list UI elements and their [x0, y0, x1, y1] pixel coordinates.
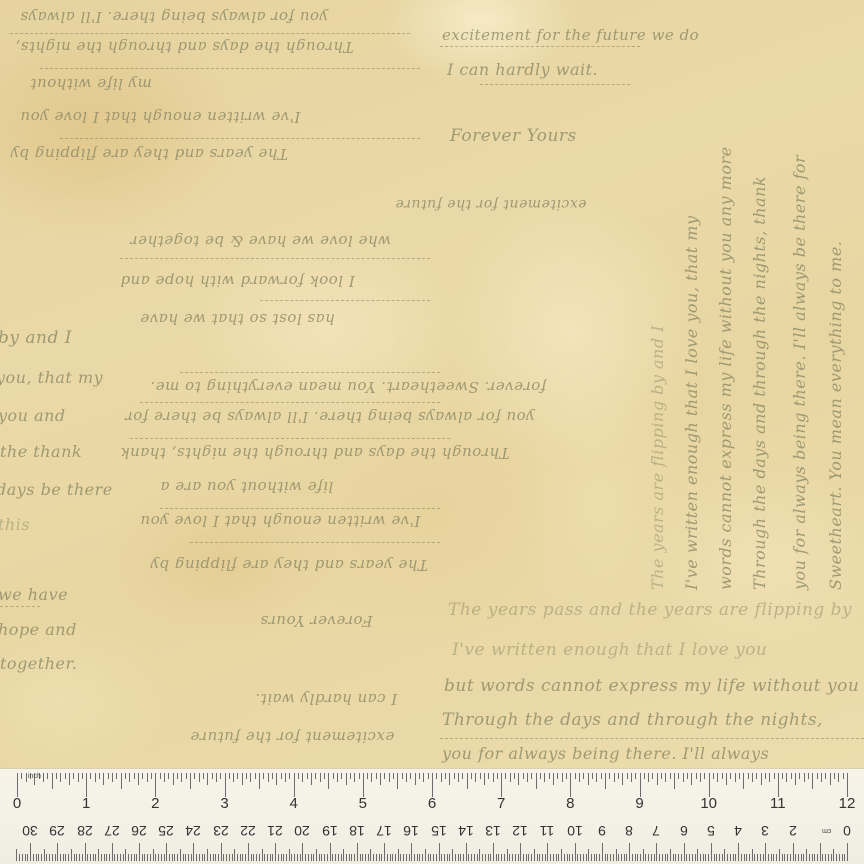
inch-number: 11	[770, 795, 786, 812]
cm-tick	[417, 854, 418, 861]
inch-tick	[743, 773, 744, 789]
cm-tick	[232, 854, 233, 861]
cm-tick	[798, 854, 799, 861]
cm-tick	[218, 854, 219, 861]
inch-tick	[843, 773, 844, 779]
cm-tick	[842, 854, 843, 861]
cm-tick	[547, 843, 548, 861]
cm-tick	[812, 854, 813, 861]
cm-tick	[210, 854, 211, 861]
cm-tick	[744, 854, 745, 861]
cm-tick	[765, 843, 766, 861]
inch-tick	[436, 773, 437, 779]
inch-tick	[220, 773, 221, 779]
cm-tick	[101, 854, 102, 861]
cm-number: 25	[158, 823, 174, 839]
cm-number: 13	[485, 823, 501, 839]
inch-tick	[726, 773, 727, 785]
cm-tick	[400, 854, 401, 861]
cm-tick	[447, 854, 448, 861]
cm-tick	[820, 843, 821, 861]
inch-tick	[229, 773, 230, 779]
inch-tick	[302, 773, 303, 782]
cm-tick	[305, 854, 306, 861]
script-line: life without you are a	[160, 478, 333, 496]
cm-tick	[302, 843, 303, 861]
rule-line	[160, 508, 440, 509]
inch-tick	[713, 773, 714, 779]
cm-tick	[259, 854, 260, 861]
cm-tick	[242, 854, 243, 861]
cm-tick	[518, 854, 519, 861]
cm-tick	[436, 854, 437, 861]
inch-tick	[774, 773, 775, 779]
script-line: Sweetheart. You mean everything to me.	[826, 241, 845, 590]
cm-tick	[594, 854, 595, 861]
cm-tick	[814, 854, 815, 861]
inch-tick	[320, 773, 321, 782]
inch-tick	[116, 773, 117, 779]
inch-tick	[155, 773, 156, 797]
cm-tick	[564, 854, 565, 861]
cm-tick	[515, 854, 516, 861]
inch-tick	[834, 773, 835, 779]
cm-tick	[479, 849, 480, 861]
cm-tick	[444, 854, 445, 861]
cm-tick	[365, 854, 366, 861]
cm-tick	[207, 849, 208, 861]
cm-tick	[114, 854, 115, 861]
cm-tick	[790, 854, 791, 861]
cm-tick	[793, 843, 794, 861]
inch-tick	[190, 773, 191, 789]
cm-tick	[662, 854, 663, 861]
cm-tick	[561, 849, 562, 861]
cm-tick	[847, 843, 848, 861]
inch-tick	[186, 773, 187, 779]
fabric-print: you for always being there. I'll always …	[0, 0, 864, 768]
cm-tick	[613, 854, 614, 861]
cm-tick	[204, 854, 205, 861]
inch-tick	[549, 773, 550, 779]
inch-tick	[523, 773, 524, 779]
cm-number: 12	[512, 823, 528, 839]
cm-tick	[689, 854, 690, 861]
script-line: you for always being there. I'll always …	[790, 155, 809, 590]
cm-tick	[678, 854, 679, 861]
cm-tick	[779, 849, 780, 861]
inch-tick	[518, 773, 519, 785]
cm-tick	[123, 854, 124, 861]
inch-tick	[674, 773, 675, 789]
inch-tick	[562, 773, 563, 782]
inch-tick	[255, 773, 256, 779]
cm-tick	[708, 854, 709, 861]
inch-tick	[678, 773, 679, 779]
cm-tick	[428, 854, 429, 861]
cm-tick	[144, 854, 145, 861]
inch-tick	[60, 773, 61, 782]
cm-tick	[174, 854, 175, 861]
inch-tick	[168, 773, 169, 779]
inch-tick	[341, 773, 342, 779]
cm-number: 7	[652, 823, 660, 839]
inch-tick	[553, 773, 554, 785]
cm-number: 8	[625, 823, 633, 839]
inch-tick	[380, 773, 381, 785]
cm-tick	[618, 854, 619, 861]
cm-tick	[539, 854, 540, 861]
cm-tick	[556, 854, 557, 861]
cm-tick	[787, 854, 788, 861]
cm-tick	[477, 854, 478, 861]
cm-tick	[82, 854, 83, 861]
cm-tick	[398, 849, 399, 861]
rule-line	[40, 68, 420, 69]
cm-tick	[158, 854, 159, 861]
inch-number: 0	[13, 795, 21, 812]
cm-number: 11	[540, 823, 555, 839]
inch-tick	[847, 773, 848, 797]
cm-tick	[771, 854, 772, 861]
cm-tick	[275, 843, 276, 861]
cm-tick	[463, 854, 464, 861]
inch-number: 7	[497, 795, 505, 812]
cm-tick	[493, 843, 494, 861]
rule-line	[440, 46, 640, 47]
inch-tick	[471, 773, 472, 779]
cm-tick	[733, 854, 734, 861]
cm-tick	[580, 854, 581, 861]
cm-tick	[757, 854, 758, 861]
cm-tick	[526, 854, 527, 861]
cm-tick	[645, 854, 646, 861]
cm-tick	[41, 854, 42, 861]
inch-tick	[242, 773, 243, 785]
inch-unit-label: inch	[28, 773, 41, 780]
cm-tick	[681, 854, 682, 861]
inch-tick	[389, 773, 390, 782]
cm-tick	[308, 854, 309, 861]
inch-tick	[467, 773, 468, 789]
cm-tick	[763, 854, 764, 861]
inch-tick	[458, 773, 459, 782]
script-line: words cannot express my life without you…	[716, 146, 735, 590]
cm-tick	[291, 854, 292, 861]
cm-tick	[749, 854, 750, 861]
inch-tick	[324, 773, 325, 779]
cm-tick	[684, 843, 685, 861]
inch-tick	[354, 773, 355, 782]
inch-tick	[90, 773, 91, 779]
cm-tick	[180, 849, 181, 861]
cm-tick	[466, 843, 467, 861]
inch-tick	[735, 773, 736, 782]
cm-number: 2	[789, 823, 797, 839]
inch-tick	[415, 773, 416, 785]
inch-tick	[194, 773, 195, 779]
cm-tick	[202, 854, 203, 861]
inch-tick	[285, 773, 286, 782]
inch-tick	[484, 773, 485, 785]
inch-tick	[333, 773, 334, 779]
cm-tick	[270, 854, 271, 861]
cm-tick	[221, 843, 222, 861]
cm-tick	[68, 854, 69, 861]
cm-tick	[278, 854, 279, 861]
cm-tick	[458, 854, 459, 861]
cm-number: 4	[734, 823, 742, 839]
cm-tick	[161, 854, 162, 861]
cm-tick	[87, 854, 88, 861]
cm-tick	[776, 854, 777, 861]
cm-tick	[621, 854, 622, 861]
cm-tick	[76, 854, 77, 861]
cm-tick	[414, 854, 415, 861]
cm-number: 9	[598, 823, 606, 839]
inch-tick	[432, 773, 433, 797]
cm-tick	[795, 854, 796, 861]
script-line: I've written enough that I love you	[20, 108, 300, 126]
cm-tick	[441, 854, 442, 861]
script-line: but words cannot express my life without…	[444, 676, 859, 696]
rule-line	[120, 258, 430, 259]
inch-tick	[212, 773, 213, 779]
cm-tick	[817, 854, 818, 861]
inch-tick	[536, 773, 537, 789]
inch-tick	[199, 773, 200, 782]
inch-tick	[246, 773, 247, 779]
script-line: has lost so that we have	[140, 310, 335, 328]
inch-number: 9	[635, 795, 643, 812]
measuring-ruler: inch 0123456789101112 302928272625242322…	[0, 768, 864, 864]
cm-number: 3	[761, 823, 769, 839]
cm-tick	[588, 849, 589, 861]
script-line: this	[0, 515, 30, 534]
inch-tick	[575, 773, 576, 779]
cm-tick	[215, 854, 216, 861]
cm-tick	[727, 854, 728, 861]
cm-tick	[640, 854, 641, 861]
cm-tick	[542, 854, 543, 861]
cm-number: 20	[295, 823, 311, 839]
inch-tick	[65, 773, 66, 779]
inch-tick	[635, 773, 636, 779]
inch-tick	[82, 773, 83, 779]
cm-number: 5	[707, 823, 715, 839]
cm-tick	[79, 854, 80, 861]
cm-tick	[264, 854, 265, 861]
inch-tick	[605, 773, 606, 789]
cm-tick	[381, 854, 382, 861]
inch-tick	[17, 773, 18, 797]
cm-number: 14	[458, 823, 474, 839]
inch-tick	[799, 773, 800, 779]
inch-tick	[817, 773, 818, 779]
inch-tick	[717, 773, 718, 782]
cm-tick	[185, 854, 186, 861]
cm-tick	[117, 854, 118, 861]
inch-tick	[138, 773, 139, 785]
cm-tick	[705, 854, 706, 861]
inch-tick	[765, 773, 766, 779]
cm-tick	[675, 854, 676, 861]
inch-tick	[683, 773, 684, 782]
inch-number: 4	[289, 795, 297, 812]
cm-tick	[695, 854, 696, 861]
cm-tick	[534, 849, 535, 861]
inch-tick	[449, 773, 450, 785]
rule-line	[180, 372, 440, 373]
cm-tick	[55, 854, 56, 861]
cm-tick	[128, 854, 129, 861]
cm-tick	[139, 843, 140, 861]
inch-tick	[259, 773, 260, 789]
cm-tick	[654, 854, 655, 861]
inch-tick	[493, 773, 494, 782]
inch-tick	[531, 773, 532, 779]
inch-tick	[752, 773, 753, 782]
inch-tick	[328, 773, 329, 789]
inch-tick	[160, 773, 161, 779]
cm-tick	[656, 843, 657, 861]
cm-tick	[833, 849, 834, 861]
inch-number: 3	[220, 795, 228, 812]
cm-tick	[703, 854, 704, 861]
cm-tick	[199, 854, 200, 861]
cm-tick	[635, 854, 636, 861]
cm-tick	[403, 854, 404, 861]
cm-tick	[300, 854, 301, 861]
cm-tick	[234, 849, 235, 861]
cm-tick	[419, 854, 420, 861]
inch-tick	[99, 773, 100, 779]
inch-number: 2	[151, 795, 159, 812]
inch-tick	[527, 773, 528, 782]
inch-tick	[207, 773, 208, 785]
cm-tick	[390, 854, 391, 861]
inch-tick	[709, 773, 710, 797]
inch-tick	[583, 773, 584, 779]
inch-tick	[69, 773, 70, 785]
script-line: whe love we have & be together	[130, 232, 391, 250]
inch-tick	[95, 773, 96, 782]
inch-tick	[791, 773, 792, 779]
cm-tick	[831, 854, 832, 861]
cm-tick	[670, 849, 671, 861]
cm-tick	[735, 854, 736, 861]
rule-line	[140, 402, 440, 403]
cm-tick	[193, 843, 194, 861]
cm-tick	[520, 843, 521, 861]
inch-tick	[441, 773, 442, 782]
cm-tick	[27, 854, 28, 861]
inch-tick	[704, 773, 705, 779]
cm-tick	[188, 854, 189, 861]
inch-tick	[761, 773, 762, 785]
script-line: I can hardly wait.	[447, 60, 598, 79]
inch-tick	[657, 773, 658, 785]
inch-tick	[557, 773, 558, 779]
cm-tick	[330, 843, 331, 861]
inch-tick	[782, 773, 783, 779]
cm-tick	[226, 854, 227, 861]
cm-tick	[319, 854, 320, 861]
inch-tick	[795, 773, 796, 785]
inch-tick	[21, 773, 22, 779]
cm-tick	[229, 854, 230, 861]
cm-tick	[828, 854, 829, 861]
cm-tick	[607, 854, 608, 861]
cm-number: 22	[240, 823, 256, 839]
inch-tick	[821, 773, 822, 782]
cm-tick	[822, 854, 823, 861]
script-line: The years and they are flipping by	[150, 556, 428, 574]
rule-line	[480, 84, 630, 85]
inch-tick	[363, 773, 364, 797]
inch-tick	[544, 773, 545, 782]
inch-tick	[808, 773, 809, 779]
inch-tick	[696, 773, 697, 779]
cm-tick	[125, 849, 126, 861]
cm-number: 24	[186, 823, 202, 839]
inch-tick	[376, 773, 377, 779]
cm-number: 21	[267, 823, 283, 839]
script-line: together.	[0, 654, 77, 673]
cm-tick	[490, 854, 491, 861]
cm-tick	[16, 849, 17, 861]
inch-tick	[644, 773, 645, 779]
inch-tick	[237, 773, 238, 779]
cm-tick	[153, 849, 154, 861]
cm-tick	[251, 854, 252, 861]
inch-tick	[307, 773, 308, 779]
script-line: you for always being there. I'll always …	[125, 408, 535, 426]
inch-tick	[588, 773, 589, 785]
cm-tick	[455, 854, 456, 861]
cm-tick	[577, 854, 578, 861]
cm-tick	[253, 854, 254, 861]
cm-tick	[836, 854, 837, 861]
inch-tick	[748, 773, 749, 779]
inch-tick	[315, 773, 316, 779]
cm-tick	[120, 854, 121, 861]
inch-tick	[43, 773, 44, 782]
inch-tick	[147, 773, 148, 782]
script-line: Forever Yours	[260, 612, 373, 630]
inch-tick	[838, 773, 839, 782]
cm-tick	[844, 854, 845, 861]
cm-tick	[191, 854, 192, 861]
inch-tick	[756, 773, 757, 779]
cm-tick	[768, 854, 769, 861]
inch-tick	[56, 773, 57, 779]
inch-number: 8	[566, 795, 574, 812]
cm-tick	[395, 854, 396, 861]
rule-line	[60, 138, 420, 139]
inch-tick	[276, 773, 277, 785]
cm-tick	[384, 843, 385, 861]
cm-tick	[286, 854, 287, 861]
cm-tick	[643, 849, 644, 861]
script-line: I've written enough that I love you	[452, 640, 767, 660]
script-line: The years and they are flipping by	[10, 145, 288, 163]
cm-tick	[357, 843, 358, 861]
inch-tick	[661, 773, 662, 779]
cm-tick	[177, 854, 178, 861]
cm-tick	[147, 854, 148, 861]
inch-tick	[397, 773, 398, 789]
